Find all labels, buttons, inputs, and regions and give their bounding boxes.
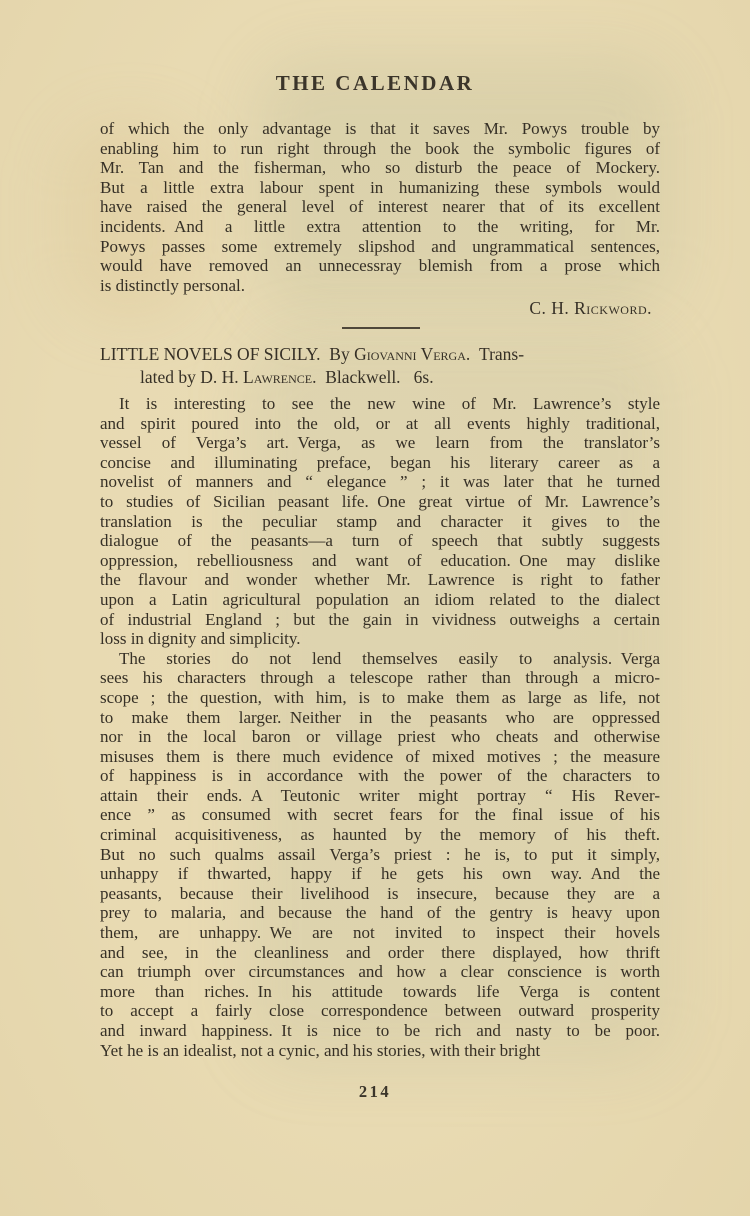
text-line: incidents. And a little extra attention …: [100, 217, 660, 237]
review-paragraph-1: It is interesting to see the new wine of…: [100, 394, 660, 649]
review-body: It is interesting to see the new wine of…: [100, 394, 660, 1060]
text-line: unhappy if thwarted, happy if he gets hi…: [100, 864, 660, 884]
running-head: THE CALENDAR: [0, 71, 750, 96]
text-line: ence ” as consumed with secret fears for…: [100, 805, 660, 825]
text-line: of which the only advantage is that it s…: [100, 119, 660, 139]
text-line: vessel of Verga’s art. Verga, as we lear…: [100, 433, 660, 453]
text-line: concise and illuminating preface, began …: [100, 453, 660, 473]
text-line: Mr. Tan and the fisherman, who so distur…: [100, 158, 660, 178]
text-line: more than riches. In his attitude toward…: [100, 982, 660, 1002]
heading-text: lated by D. H.: [140, 367, 243, 387]
text-line: scope ; the question, with him, is to ma…: [100, 688, 660, 708]
heading-text: . Trans-: [466, 344, 524, 364]
text-line: Yet he is an idealist, not a cynic, and …: [100, 1041, 660, 1061]
text-line: Powys passes some extremely slipshod and…: [100, 237, 660, 257]
text-line: translation is the peculiar stamp and ch…: [100, 512, 660, 532]
small-caps-text: Lawrence: [243, 367, 312, 387]
text-line: can triumph over circumstances and how a…: [100, 962, 660, 982]
text-line: and spirit poured into the old, or at al…: [100, 414, 660, 434]
text-line: upon a Latin agricultural population an …: [100, 590, 660, 610]
text-line: to studies of Sicilian peasant life. One…: [100, 492, 660, 512]
text-line: to accept a fairly close correspondence …: [100, 1001, 660, 1021]
text-line: nor in the local baron or village priest…: [100, 727, 660, 747]
text-line: oppression, rebelliousness and want of e…: [100, 551, 660, 571]
text-line: misuses them is there much evidence of m…: [100, 747, 660, 767]
review-continuation-paragraph: of which the only advantage is that it s…: [100, 119, 660, 319]
small-caps-text: Giovanni Verga: [354, 344, 466, 364]
text-line: and inward happiness. It is nice to be r…: [100, 1021, 660, 1041]
text-line: It is interesting to see the new wine of…: [100, 394, 660, 414]
text-line: novelist of manners and “ elegance ” ; i…: [100, 472, 660, 492]
reviewer-name: C. H. Rickword.: [529, 298, 652, 318]
text-line: prey to malaria, and because the hand of…: [100, 903, 660, 923]
text-line: dialogue of the peasants—a turn of speec…: [100, 531, 660, 551]
review-heading-line-2: lated by D. H. Lawrence. Blackwell. 6s.: [100, 366, 660, 389]
text-line: peasants, because their livelihood is in…: [100, 884, 660, 904]
text-line: But no such qualms assail Verga’s priest…: [100, 845, 660, 865]
text-line: them, are unhappy. We are not invited to…: [100, 923, 660, 943]
review-paragraph-2: The stories do not lend themselves easil…: [100, 649, 660, 1060]
text-line: of happiness is in accordance with the p…: [100, 766, 660, 786]
text-line: But a little extra labour spent in human…: [100, 178, 660, 198]
text-line: of industrial England ; but the gain in …: [100, 610, 660, 630]
text-line: and see, in the cleanliness and order th…: [100, 943, 660, 963]
heading-text: . Blackwell. 6s.: [312, 367, 434, 387]
text-line: is distinctly personal.: [100, 276, 660, 296]
text-line: sees his characters through a telescope …: [100, 668, 660, 688]
text-line: The stories do not lend themselves easil…: [100, 649, 660, 669]
heading-text: LITTLE NOVELS OF SICILY. By: [100, 344, 354, 364]
paragraph-lines: of which the only advantage is that it s…: [100, 119, 660, 295]
text-line: the flavour and wonder whether Mr. Lawre…: [100, 570, 660, 590]
text-line: have raised the general level of interes…: [100, 197, 660, 217]
text-line: would have removed an unnecessray blemis…: [100, 256, 660, 276]
section-divider-rule: [342, 327, 420, 329]
review-heading: LITTLE NOVELS OF SICILY. By Giovanni Ver…: [100, 343, 660, 388]
reviewer-signature: C. H. Rickword.: [100, 299, 660, 319]
text-line: to make them larger. Neither in the peas…: [100, 708, 660, 728]
review-heading-line-1: LITTLE NOVELS OF SICILY. By Giovanni Ver…: [100, 343, 660, 366]
text-line: criminal acquisitiveness, as haunted by …: [100, 825, 660, 845]
book-page: THE CALENDAR of which the only advantage…: [0, 0, 750, 1216]
text-line: attain their ends. A Teutonic writer mig…: [100, 786, 660, 806]
text-line: loss in dignity and simplicity.: [100, 629, 660, 649]
text-line: enabling him to run right through the bo…: [100, 139, 660, 159]
page-number: 214: [0, 1082, 750, 1102]
